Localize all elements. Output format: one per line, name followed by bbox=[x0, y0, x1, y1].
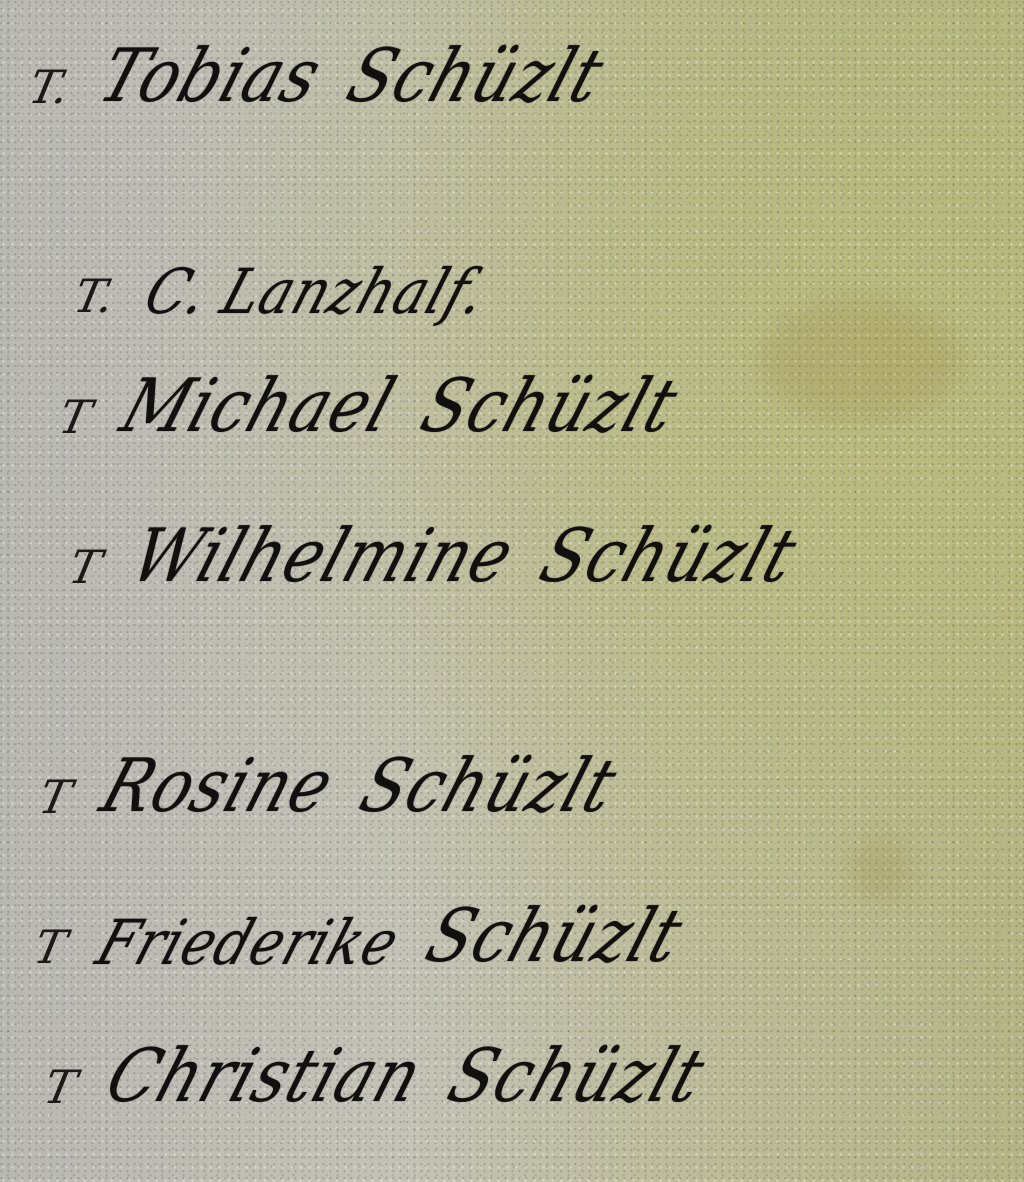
surname: Schüzlt bbox=[417, 894, 694, 979]
entry-marker: T bbox=[34, 770, 76, 824]
entry-marker: T. bbox=[24, 60, 74, 114]
entry-marker: T. bbox=[69, 269, 119, 323]
entry-marker: T bbox=[39, 1060, 81, 1114]
register-entry: T. Tobias Schüzlt bbox=[30, 40, 600, 114]
register-entry: T Rosine Schüzlt bbox=[40, 750, 613, 824]
register-entry: T Friederike Schüzlt bbox=[35, 900, 680, 974]
surname: Schüzlt bbox=[337, 34, 614, 119]
paper-stain bbox=[760, 300, 960, 420]
given-name: Tobias bbox=[89, 34, 331, 119]
entry-marker: T bbox=[64, 540, 106, 594]
surname: Schüzlt bbox=[530, 514, 807, 599]
given-name: Wilhelmine bbox=[121, 514, 524, 599]
given-name: Friederike bbox=[88, 906, 408, 978]
register-entry: T Christian Schüzlt bbox=[45, 1040, 701, 1114]
register-entry: T Michael Schüzlt bbox=[60, 370, 674, 444]
register-entry: T. C. Lanzhalf. bbox=[75, 260, 518, 323]
surname: Schüzlt bbox=[411, 364, 688, 449]
given-name: Michael bbox=[111, 364, 405, 449]
paper-stain bbox=[850, 840, 910, 900]
surname: Schüzlt bbox=[350, 744, 627, 829]
given-name: Christian bbox=[96, 1034, 432, 1119]
entry-marker: T bbox=[29, 920, 71, 974]
entry-marker: T bbox=[54, 390, 96, 444]
register-entry: T Wilhelmine Schüzlt bbox=[70, 520, 793, 594]
given-name: C. Lanzhalf. bbox=[136, 255, 496, 327]
surname: Schüzlt bbox=[439, 1034, 716, 1119]
given-name: Rosine bbox=[91, 744, 344, 829]
